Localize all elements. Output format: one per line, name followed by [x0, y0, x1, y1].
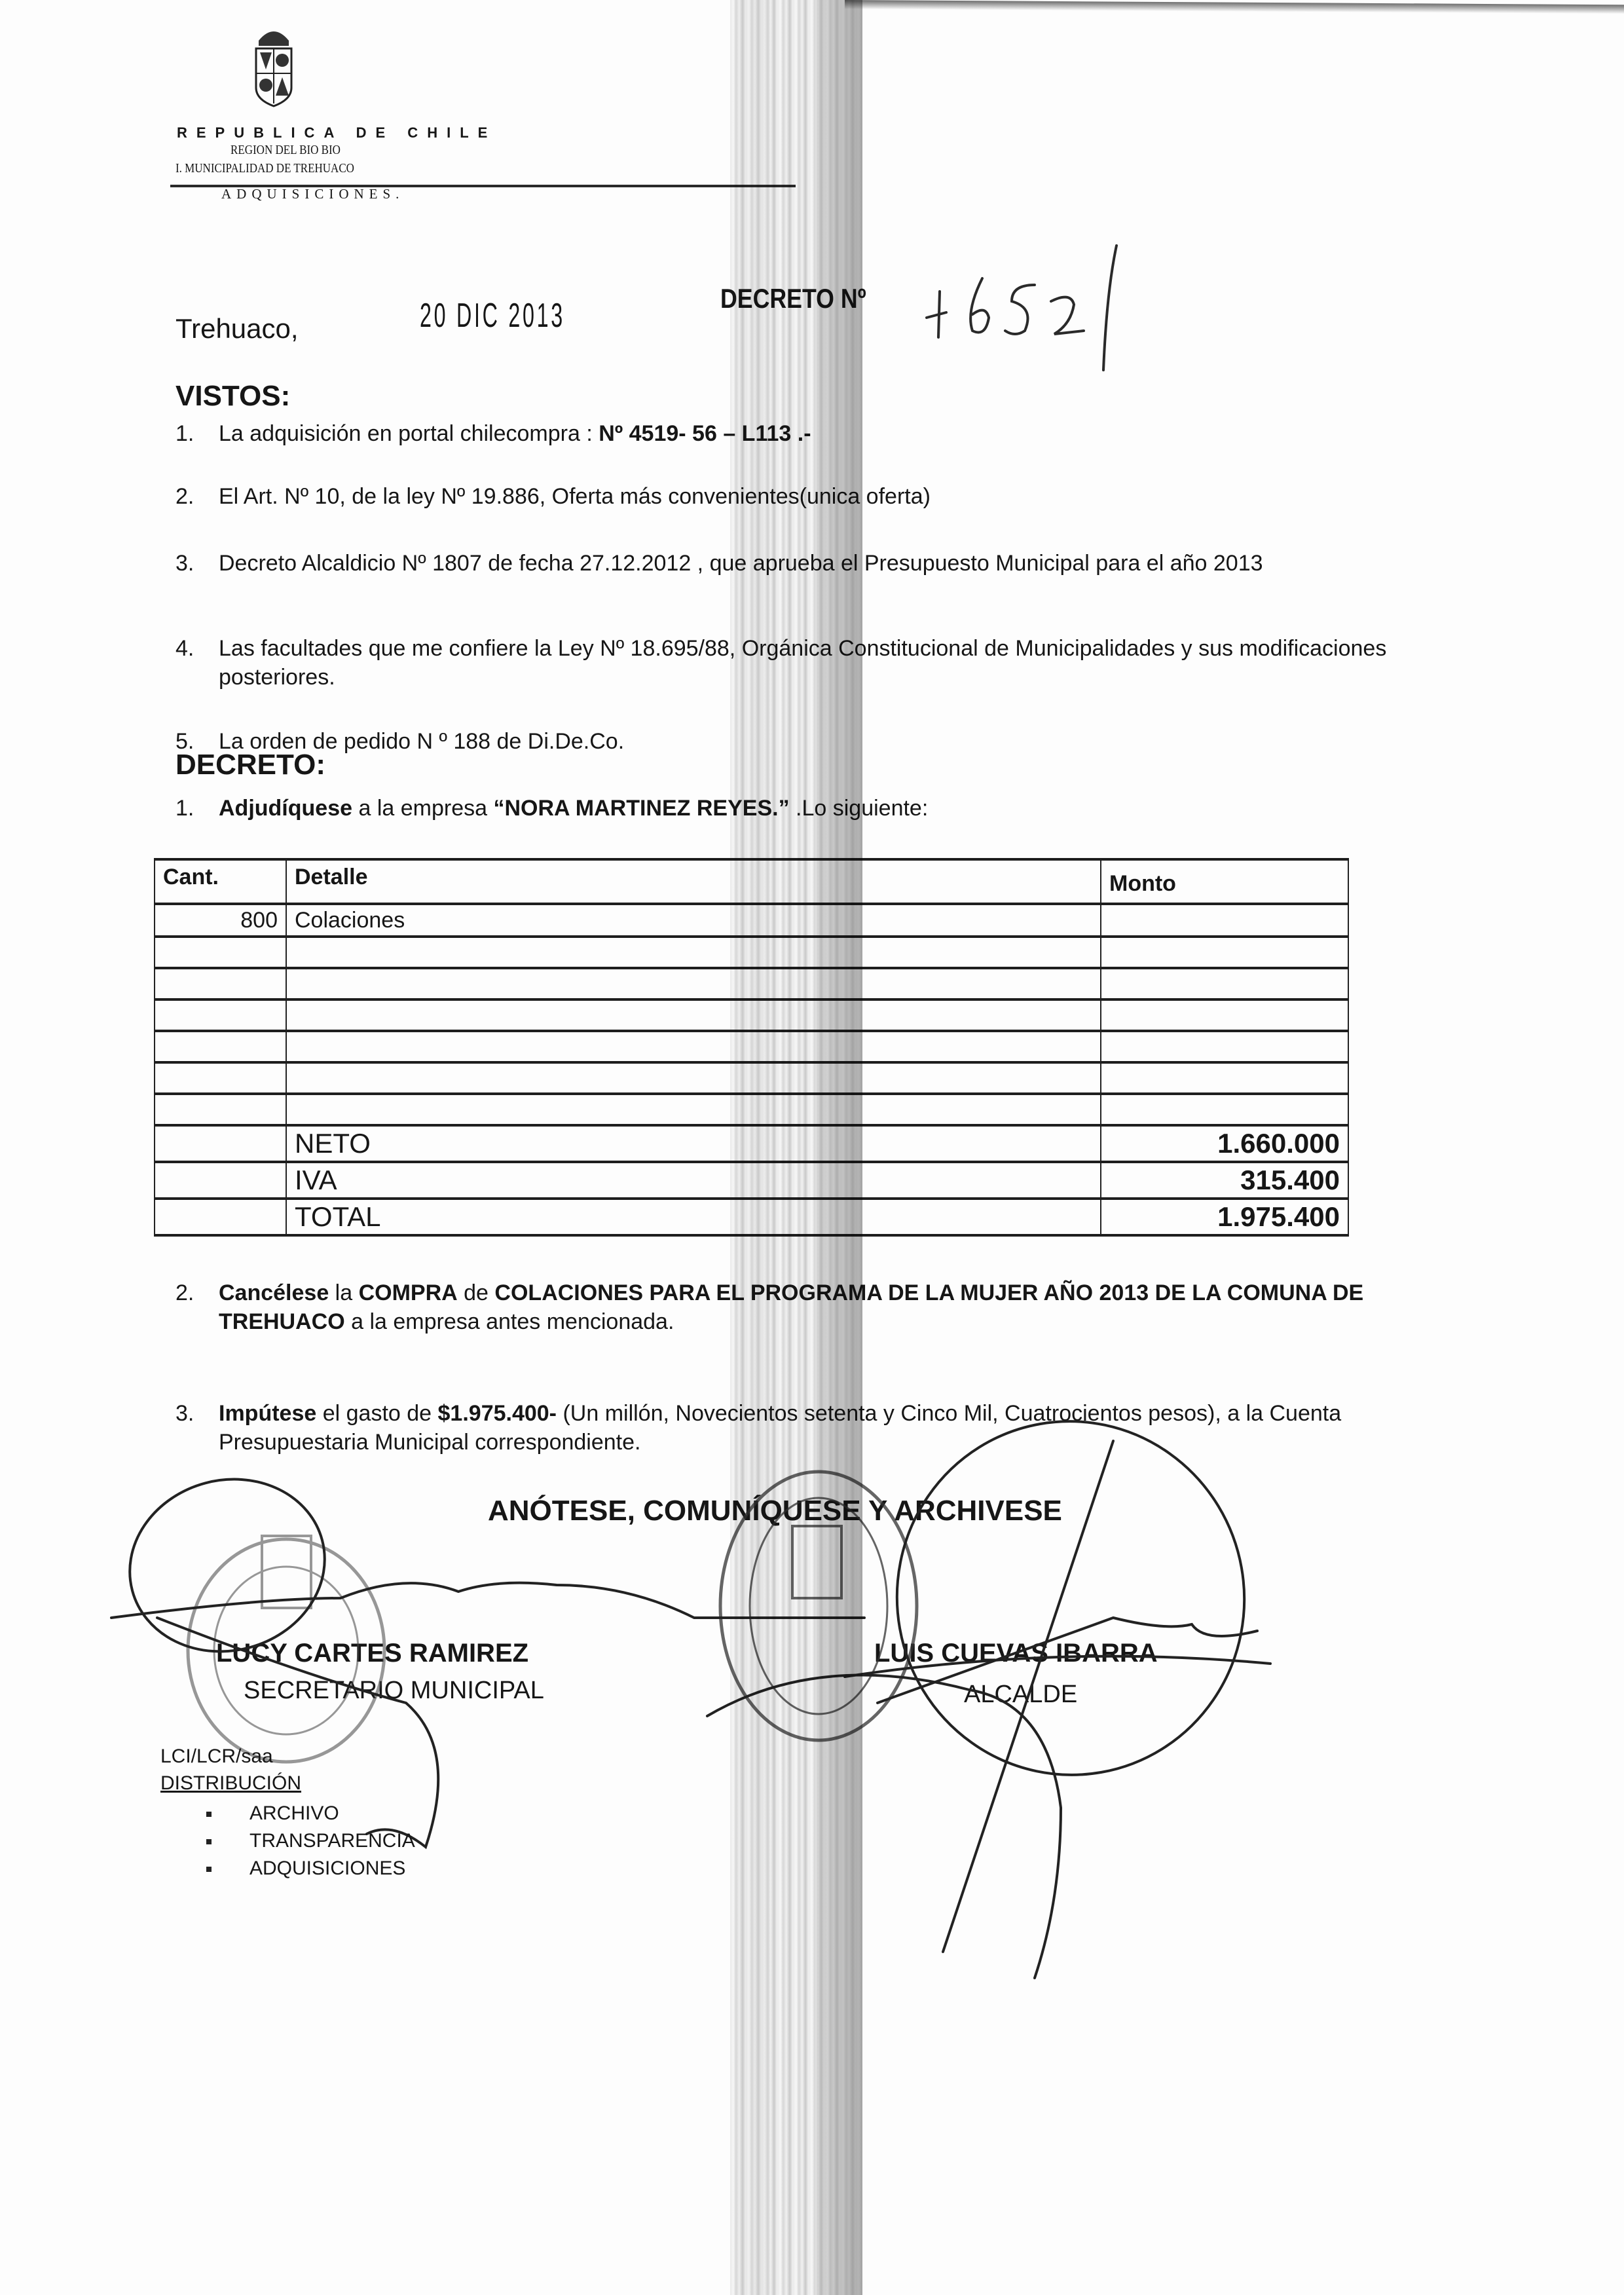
- header-cant: Cant.: [154, 861, 287, 903]
- header-region: REGION DEL BIO BIO: [231, 143, 341, 158]
- signatory-2-title: ALCALDE: [964, 1681, 1077, 1709]
- handwritten-decree-number: 1652: [920, 239, 1130, 390]
- signatory-2-name: LUIS CUEVAS IBARRA: [874, 1639, 1158, 1668]
- scan-top-shadow: [845, 0, 1624, 14]
- distribution-item: TRANSPARENCIA: [206, 1827, 415, 1855]
- distribution-item: ADQUISICIONES: [206, 1855, 415, 1882]
- summary-value: 315.400: [1101, 1163, 1349, 1197]
- header-detalle: Detalle: [287, 861, 1101, 903]
- bullet-icon: [206, 1812, 212, 1817]
- signatory-1-name: LUCY CARTES RAMIREZ: [216, 1639, 528, 1668]
- signatory-1-title: SECRETARIO MUNICIPAL: [244, 1677, 544, 1705]
- coat-of-arms-icon: [253, 22, 294, 107]
- header-country: REPUBLICA DE CHILE: [177, 124, 496, 141]
- header-monto: Monto: [1101, 861, 1349, 903]
- vistos-heading: VISTOS:: [175, 380, 290, 413]
- distribution-list: ARCHIVO TRANSPARENCIA ADQUISICIONES: [206, 1800, 415, 1882]
- cell-cant: 800: [154, 905, 287, 935]
- cell-monto: [1101, 905, 1349, 935]
- bullet-icon: [206, 1839, 212, 1844]
- summary-label: IVA: [287, 1163, 1101, 1197]
- summary-value: 1.660.000: [1101, 1127, 1349, 1161]
- distribution-heading: DISTRIBUCIÓN: [160, 1772, 301, 1795]
- summary-value: 1.975.400: [1101, 1200, 1349, 1234]
- header-municipality: I. MUNICIPALIDAD DE TREHUACO: [175, 161, 354, 176]
- distribution-item: ARCHIVO: [206, 1800, 415, 1827]
- decreto-heading: DECRETO:: [175, 749, 325, 781]
- date-stamp: 20 DIC 2013: [420, 296, 565, 335]
- header-department: ADQUISICIONES.: [221, 186, 404, 202]
- cell-detalle: Colaciones: [287, 905, 1101, 935]
- bullet-icon: [206, 1867, 212, 1872]
- reference-initials: LCI/LCR/saa: [160, 1745, 273, 1768]
- summary-label: NETO: [287, 1127, 1101, 1161]
- place-label: Trehuaco,: [175, 313, 299, 345]
- summary-label: TOTAL: [287, 1200, 1101, 1234]
- scanner-shadow-band: [730, 0, 862, 2295]
